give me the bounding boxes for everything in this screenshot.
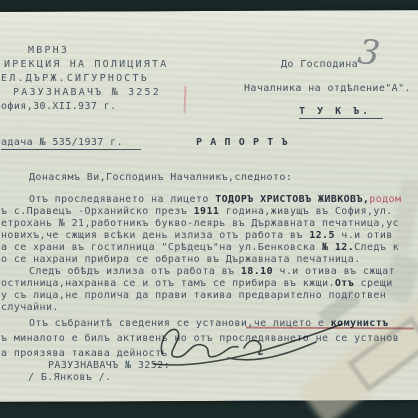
body-line-7-segment: ч.и отива въ сжщат bbox=[273, 266, 395, 277]
body-line-1: Отъ проследяването на лицето ТОДОРЪ ХРИС… bbox=[29, 194, 401, 206]
body-line-8-segment: срещи bbox=[354, 278, 393, 289]
body-line-8-segment: остилница,нахранва се и отъ тамъ се приб… bbox=[1, 278, 335, 289]
body-line-1-segment: Отъ проследяването на лицето bbox=[29, 194, 215, 205]
body-line-4-segment: новихъ,че сжщия всѣки день излиза отъ ра… bbox=[1, 230, 309, 241]
letterhead-line-2-segment: ИРЕКЦИЯ НА ПОЛИЦИЯТА bbox=[4, 59, 168, 70]
addressee-tuk: Т У К Ъ. bbox=[299, 106, 383, 118]
body-line-5-segment: а се храни въ гостилница "Срѣдецъ"на ул.… bbox=[1, 242, 322, 253]
letterhead-line-3-segment: ЕЛ.ДЪРЖ.СИГУРНОСТЬ bbox=[1, 73, 149, 84]
addressee-line-1-segment: До Господина bbox=[281, 59, 358, 70]
body-line-1-segment: ТОДОРЪ ХРИСТОВЪ ЖИВКОВЪ, bbox=[215, 194, 369, 205]
body-line-10-segment: случайни. bbox=[1, 302, 59, 313]
body-line-3-segment: етрохань № 21,работникъ букво-леярь въ Д… bbox=[1, 218, 399, 229]
salutation-segment: Донасямъ Ви,Господинъ Началникъ,следното… bbox=[29, 172, 292, 183]
case-number-segment: адача № 535/1937 г. bbox=[1, 137, 141, 150]
report-title-segment: Р А П О Р Т Ъ bbox=[196, 137, 289, 148]
body-line-9: у съ лица,не пролича да прави такива пре… bbox=[1, 290, 386, 302]
letterhead-line-1-segment: МВРНЗ bbox=[28, 45, 69, 56]
body-line-3: етрохань № 21,работникъ букво-леярь въ Д… bbox=[1, 218, 399, 230]
signature-block-name: / Б.Янковъ /. bbox=[28, 372, 111, 384]
letterhead-line-5: офия,30.XII.937 г. bbox=[1, 101, 117, 113]
letterhead-line-2: ИРЕКЦИЯ НА ПОЛИЦИЯТА bbox=[4, 59, 168, 71]
body-line-13-segment: а проязява такава дейность bbox=[1, 348, 168, 359]
body-line-4: новихъ,че сжщия всѣки день излиза отъ ра… bbox=[1, 230, 393, 242]
letterhead-line-1: МВРНЗ bbox=[28, 45, 69, 57]
body-line-13: а проязява такава дейность bbox=[1, 348, 168, 360]
signature-block-name-segment: / Б.Янковъ /. bbox=[28, 372, 111, 383]
handwritten-page-number: 3 bbox=[356, 35, 382, 71]
case-number: адача № 535/1937 г. bbox=[1, 137, 141, 149]
body-line-1-segment: родом bbox=[369, 194, 401, 205]
body-line-2: ъ с.Правецъ -Орханийско презъ 1911 годин… bbox=[1, 206, 393, 218]
signature-ink bbox=[148, 318, 348, 370]
body-line-8: остилница,нахранва се и отъ тамъ се приб… bbox=[1, 278, 393, 290]
body-line-4-segment: ч.и отив bbox=[335, 230, 393, 241]
body-line-2-segment: ъ с.Правецъ -Орханийско презъ bbox=[1, 206, 194, 217]
addressee-tuk-segment: Т У К Ъ. bbox=[299, 106, 383, 119]
salutation: Донасямъ Ви,Господинъ Началникъ,следното… bbox=[29, 172, 292, 184]
addressee-line-2: Началника на отдѣление"А". bbox=[244, 83, 411, 95]
body-line-6-segment: о се нахрани прибира се обратно въ Държа… bbox=[1, 254, 361, 265]
body-line-10: случайни. bbox=[1, 302, 59, 314]
letterhead-line-3: ЕЛ.ДЪРЖ.СИГУРНОСТЬ bbox=[1, 73, 149, 85]
body-line-8-segment: Отъ bbox=[335, 278, 354, 289]
letterhead-line-5-segment: офия,30.XII.937 г. bbox=[1, 101, 117, 112]
scanned-report-frame: МВРНЗИРЕКЦИЯ НА ПОЛИЦИЯТАЕЛ.ДЪРЖ.СИГУРНО… bbox=[0, 0, 418, 418]
letterhead-line-4-segment: РАЗУЗНАВАЧЪ № 3252 bbox=[13, 87, 161, 98]
letterhead-line-4: РАЗУЗНАВАЧЪ № 3252 bbox=[13, 87, 161, 99]
body-line-2-segment: 1911 bbox=[194, 206, 220, 217]
body-line-7-segment: Следъ обѣдъ излиза отъ работа въ bbox=[29, 266, 241, 277]
body-line-7: Следъ обѣдъ излиза отъ работа въ 18.10 ч… bbox=[29, 266, 395, 278]
body-line-5: а се храни въ гостилница "Срѣдецъ"на ул.… bbox=[1, 242, 399, 254]
addressee-line-1: До Господина bbox=[281, 59, 358, 71]
body-line-5-segment: Следъ к bbox=[354, 242, 399, 253]
body-line-4-segment: 12.5 bbox=[309, 230, 335, 241]
report-title: Р А П О Р Т Ъ bbox=[196, 137, 289, 149]
body-line-2-segment: година,живущъ въ София,ул. bbox=[219, 206, 392, 217]
addressee-line-2-segment: Началника на отдѣление"А". bbox=[244, 83, 411, 94]
body-line-7-segment: 18.10 bbox=[241, 266, 273, 277]
body-line-6: о се нахрани прибира се обратно въ Държа… bbox=[1, 254, 361, 266]
body-line-9-segment: у съ лица,не пролича да прави такива пре… bbox=[1, 290, 386, 301]
body-line-5-segment: № 12. bbox=[322, 242, 354, 253]
